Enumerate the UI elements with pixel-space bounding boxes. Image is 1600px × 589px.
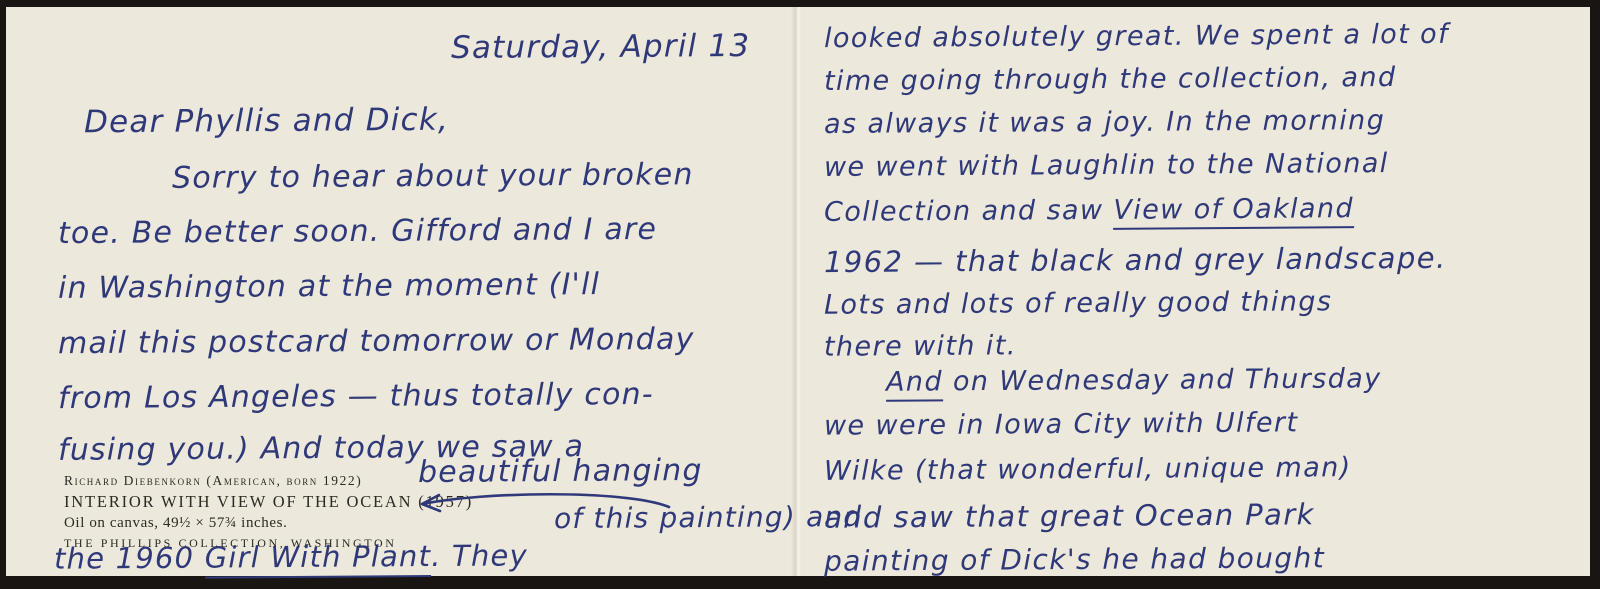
left-body-line-2: toe. Be better soon. Gifford and I are [58,212,657,251]
right-line9-post: on Wednesday and Thursday [943,363,1382,397]
left-body-line-3: in Washington at the moment (I'll [58,267,600,306]
caption-collection-line: THE PHILLIPS COLLECTION, WASHINGTON [64,536,473,551]
right-body-line-2: time going through the collection, and [824,62,1397,97]
right-body-line-8: there with it. [824,330,1017,362]
right-body-line-9: And on Wednesday and Thursday [886,363,1382,397]
left-body-line-1: Sorry to hear about your broken [172,157,694,196]
right-body-line-1: looked absolutely great. We spent a lot … [824,19,1449,54]
postcard-paper: Saturday, April 13 Dear Phyllis and Dick… [6,7,1590,576]
postcard-photo: Saturday, April 13 Dear Phyllis and Dick… [0,0,1600,589]
date-line: Saturday, April 13 [451,28,751,66]
right-line5-pre: Collection and saw [824,195,1114,228]
right-body-line-6: 1962 — that black and grey landscape. [824,241,1447,279]
right-body-line-11: Wilke (that wonderful, unique man) [824,452,1352,487]
right-line9-underlined-word: And [886,366,943,401]
right-body-line-3: as always it was a joy. In the morning [824,105,1385,140]
greeting-line: Dear Phyllis and Dick, [84,102,449,141]
annotation-arrow-icon [409,483,677,527]
right-body-line-12: and saw that great Ocean Park [824,497,1315,534]
left-body-line-5: from Los Angeles — thus totally con- [58,377,654,416]
right-body-line-4: we went with Laughlin to the National [824,148,1389,183]
right-body-line-10: we were in Iowa City with Ulfert [824,407,1299,441]
right-body-line-7: Lots and lots of really good things [824,286,1332,321]
center-fold-crease [791,7,801,576]
right-body-line-13: painting of Dick's he had bought [824,541,1325,577]
right-line5-underlined-title: View of Oakland [1113,193,1354,230]
right-body-line-5: Collection and saw View of Oakland [824,193,1354,228]
left-body-line-4: mail this postcard tomorrow or Monday [58,322,695,361]
